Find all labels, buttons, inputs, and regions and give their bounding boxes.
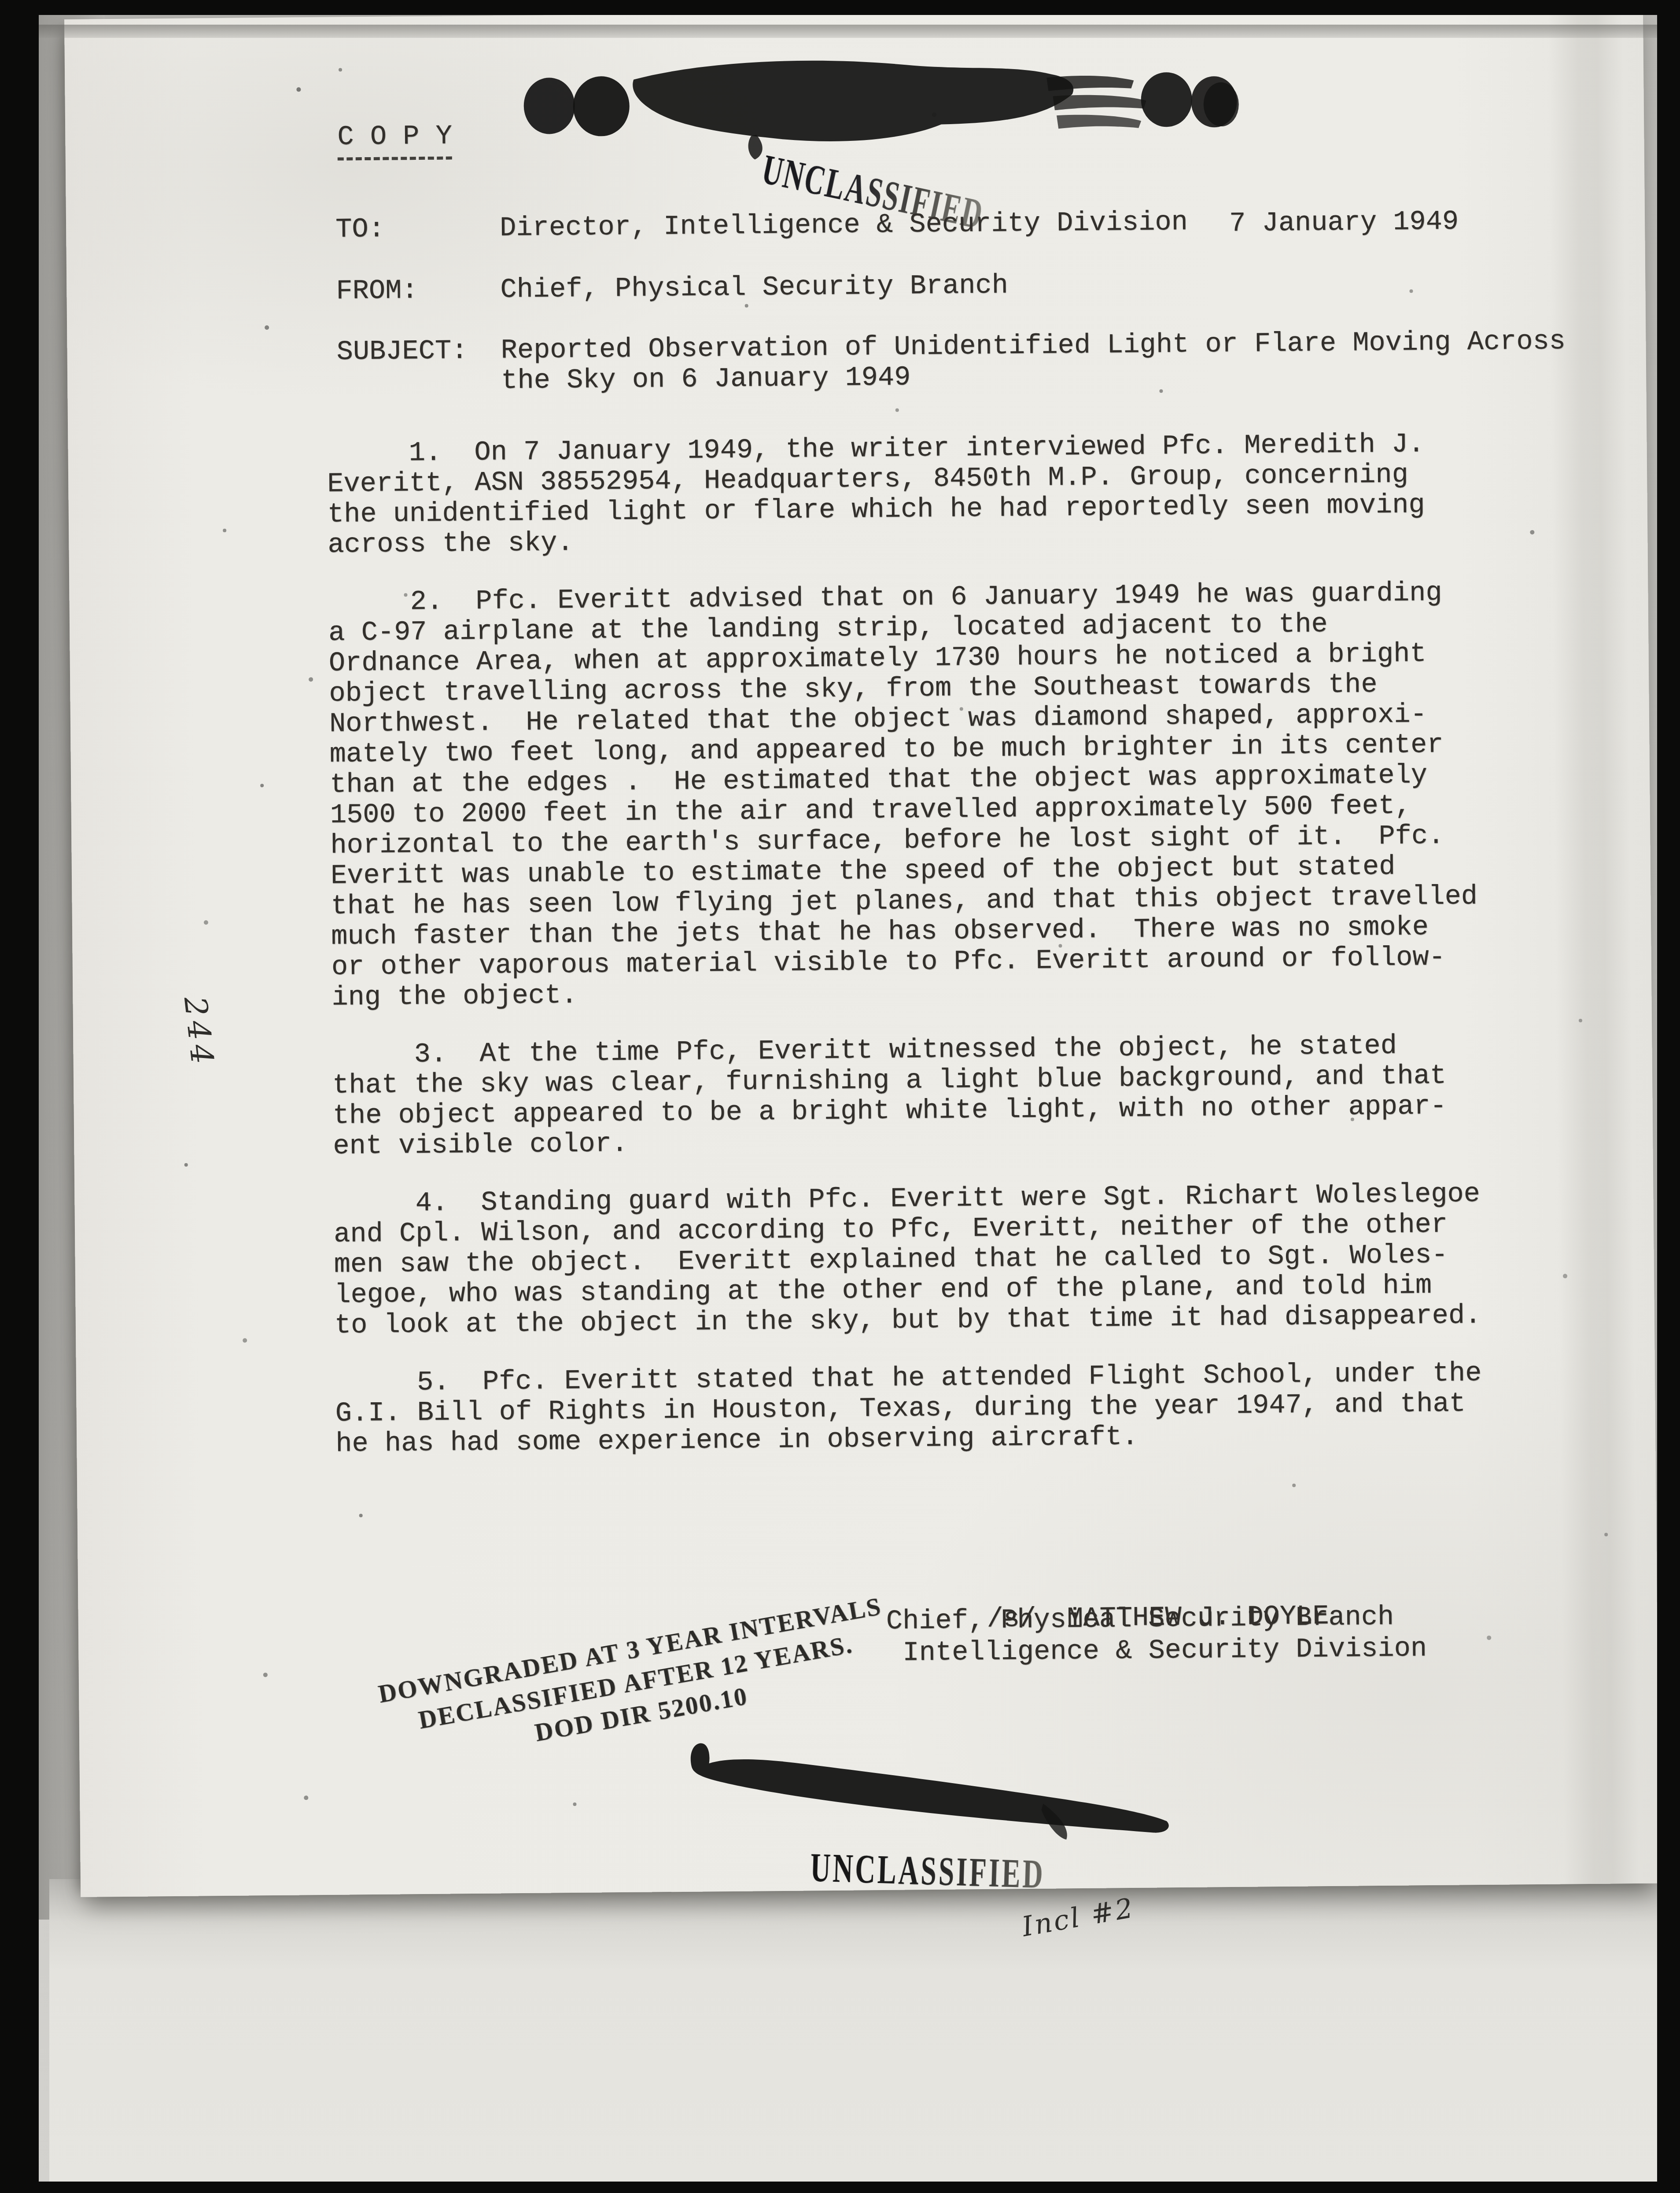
date-value: 7 January 1949 [1229,206,1459,239]
paragraph-4: 4. Standing guard with Pfc. Everitt were… [333,1177,1611,1340]
scan-edge-right [1657,0,1680,2193]
scan-edge-bottom [0,2182,1680,2193]
margin-note-244: 244 [177,995,221,1070]
to-value: Director, Intelligence & Security Divisi… [500,207,1188,243]
paragraph-3: 3. At the time Pfc, Everitt witnessed th… [332,1028,1610,1161]
paragraph-5: 5. Pfc. Everitt stated that he attended … [335,1356,1613,1459]
scan-edge-left [0,0,39,2193]
paragraph-2: 2. Pfc. Everitt advised that on 6 Januar… [328,576,1608,1013]
ink-smudge-top [518,47,1241,163]
document-page: UNCLASSIFIED C O P Y TO: Director, Intel… [64,6,1659,1897]
from-value: Chief, Physical Security Branch [500,270,1008,305]
scan-edge-top [0,0,1680,15]
to-label: TO: [335,214,385,245]
paper-specks [64,19,66,21]
ink-smudge-bottom [664,1736,1184,1847]
subject-value: Reported Observation of Unidentified Lig… [501,326,1566,396]
sheet-behind-page [49,1879,1659,2187]
document-body: 1. On 7 January 1949, the writer intervi… [327,428,1612,1459]
from-label: FROM: [336,275,418,306]
subject-label: SUBJECT: [336,335,468,367]
copy-heading: C O P Y [337,121,452,160]
paragraph-1: 1. On 7 January 1949, the writer intervi… [327,428,1604,560]
signature-title-2: Intelligence & Security Division [903,1633,1427,1668]
scan-top-band [39,25,1657,38]
